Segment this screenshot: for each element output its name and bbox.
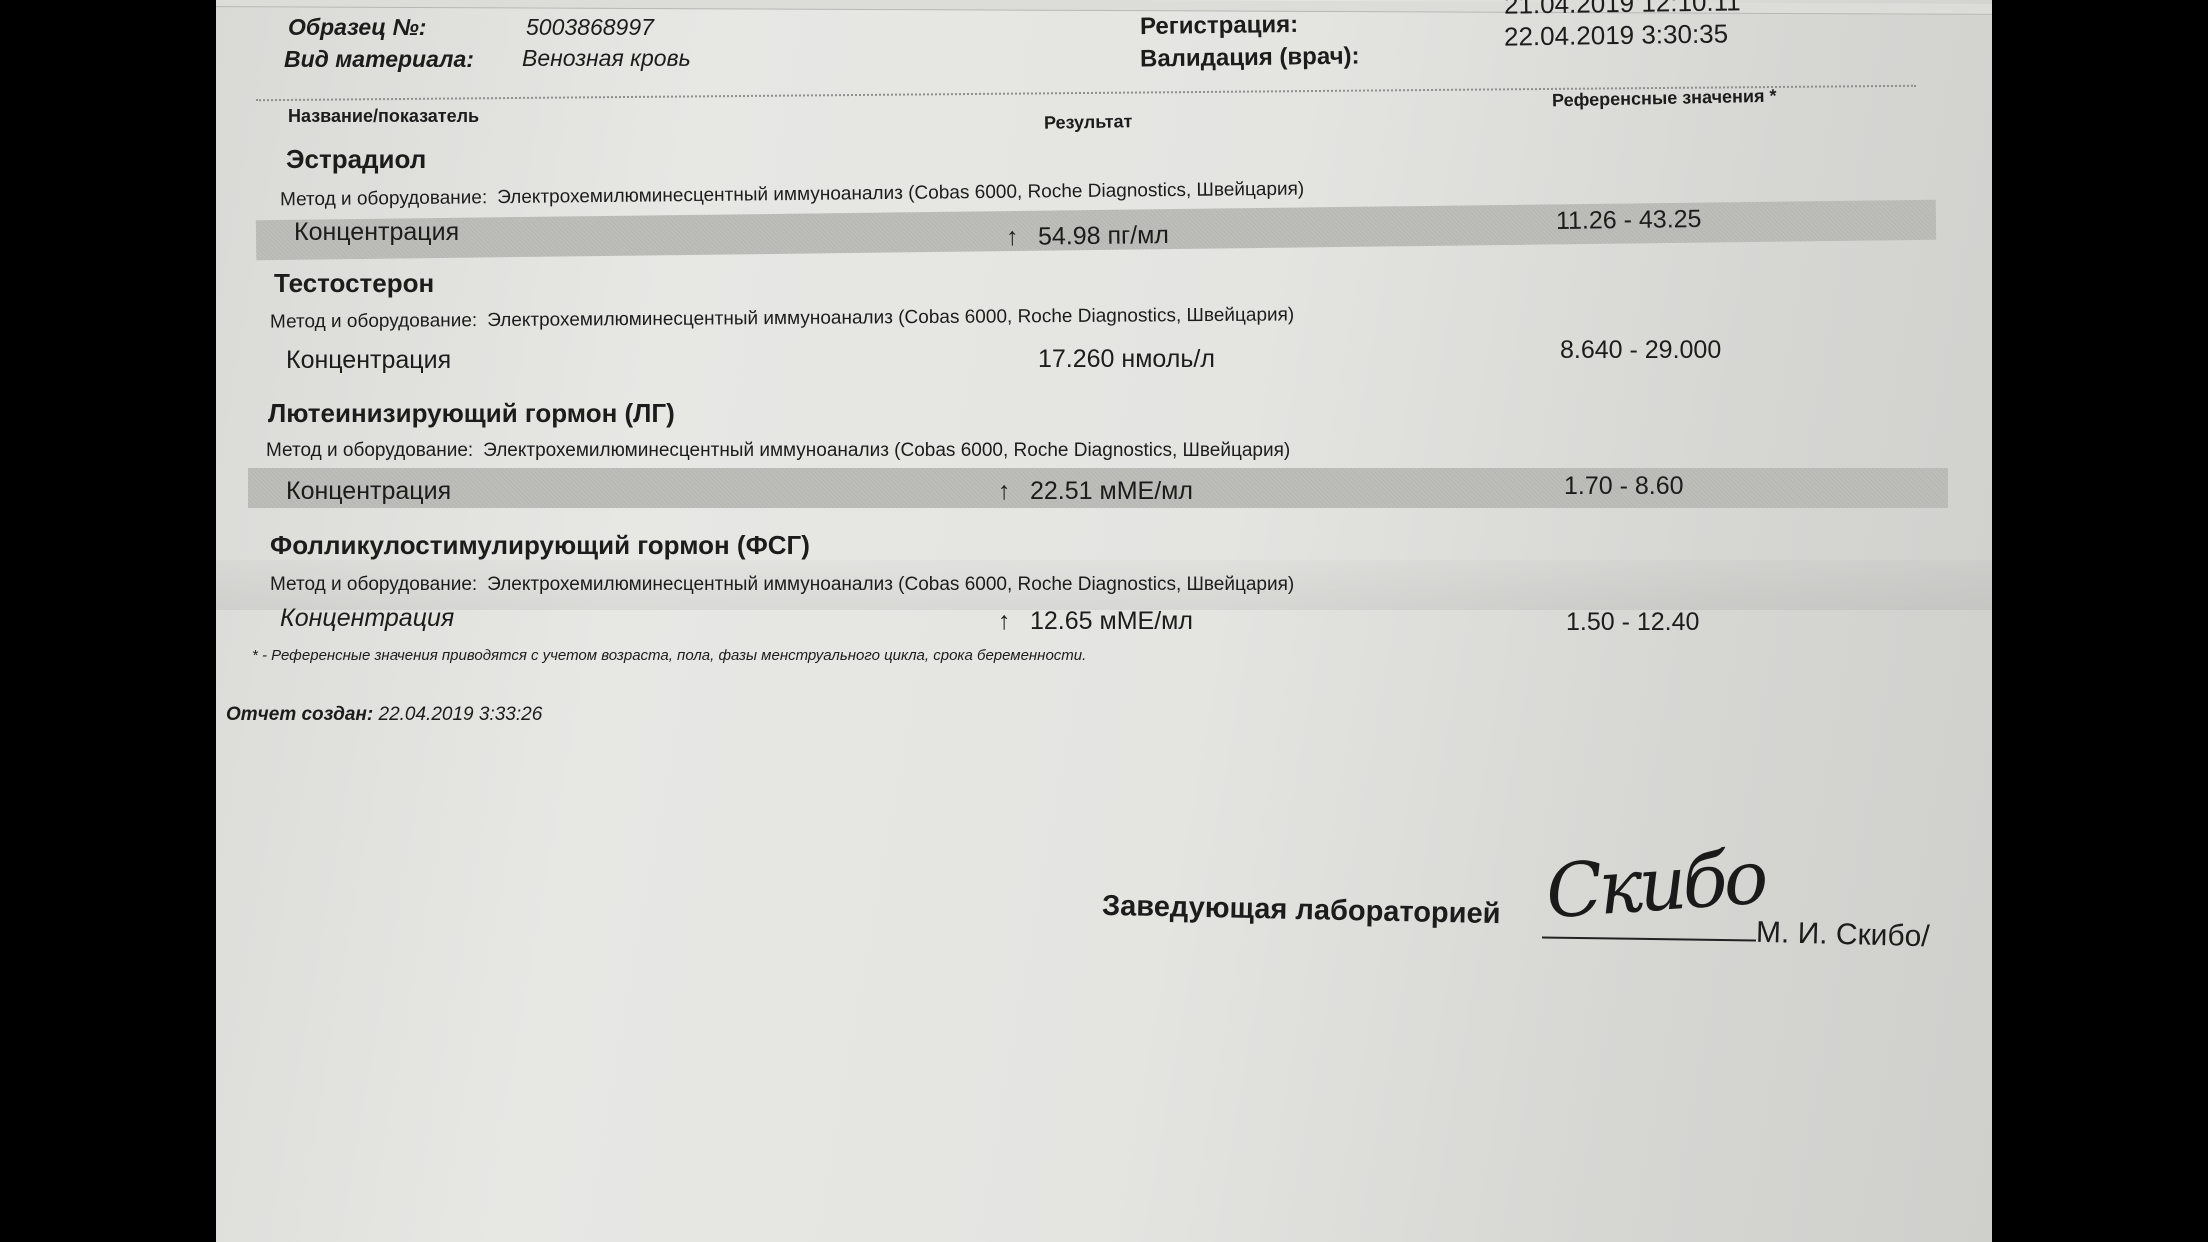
registration-value: 21.04.2019 12:10:11 [1504, 0, 1741, 21]
validation-label: Валидация (врач): [1140, 42, 1360, 73]
column-header-name: Название/показатель [288, 106, 479, 127]
registration-label: Регистрация: [1140, 11, 1299, 41]
result-text: 54.98 пг/мл [1038, 221, 1169, 251]
signatory-name: М. И. Скибо/ [1756, 916, 1930, 955]
material-label: Вид материала: [284, 46, 474, 73]
arrow-up-icon: ↑ [1006, 223, 1028, 252]
method-value: Электрохемилюминесцентный иммуноанализ (… [487, 574, 1294, 595]
arrow-up-icon: ↑ [998, 607, 1020, 636]
param-name: Концентрация [286, 477, 451, 506]
test-method: Метод и оборудование:Электрохемилюминесц… [266, 440, 1290, 462]
result-value: 17.260 нмоль/л [1038, 345, 1215, 374]
test-method: Метод и оборудование:Электрохемилюминесц… [270, 574, 1294, 596]
report-created: Отчет создан: 22.04.2019 3:33:26 [226, 704, 542, 726]
reference-range: 8.640 - 29.000 [1560, 336, 1721, 365]
param-name: Концентрация [286, 346, 451, 375]
reference-footnote: * - Референсные значения приводятся с уч… [252, 647, 1086, 664]
result-value: ↑22.51 мМЕ/мл [998, 477, 1193, 506]
test-title: Лютеинизирующий гормон (ЛГ) [268, 398, 675, 429]
test-method: Метод и оборудование:Электрохемилюминесц… [280, 179, 1304, 212]
sample-value: 5003868997 [526, 14, 654, 41]
reference-range: 1.70 - 8.60 [1564, 472, 1684, 501]
material-value: Венозная кровь [522, 45, 691, 72]
result-text: 22.51 мМЕ/мл [1030, 477, 1193, 505]
result-text: 17.260 нмоль/л [1038, 345, 1215, 373]
reference-range: 1.50 - 12.40 [1566, 608, 1699, 637]
method-label: Метод и оборудование: [280, 187, 487, 210]
param-name: Концентрация [280, 604, 454, 633]
result-text: 12.65 мМЕ/мл [1030, 607, 1193, 635]
method-label: Метод и оборудование: [270, 310, 477, 332]
test-title: Эстрадиол [286, 144, 426, 175]
method-label: Метод и оборудование: [270, 574, 477, 595]
column-header-result: Результат [1044, 111, 1133, 134]
param-name: Концентрация [294, 218, 459, 247]
method-label: Метод и оборудование: [266, 440, 473, 461]
test-title: Фолликулостимулирующий гормон (ФСГ) [270, 530, 810, 561]
signature-role: Заведующая лабораторией [1102, 890, 1501, 931]
created-label: Отчет создан: [226, 704, 373, 725]
arrow-up-icon: ↑ [998, 477, 1020, 506]
test-title: Тестостерон [274, 268, 434, 299]
handwritten-signature: Скибо [1543, 834, 1767, 935]
result-value: ↑12.65 мМЕ/мл [998, 607, 1193, 636]
signature-line [1542, 937, 1756, 942]
result-value: ↑54.98 пг/мл [1006, 221, 1169, 252]
lab-report-page: Образец №: 5003868997 Вид материала: Вен… [216, 0, 1992, 1242]
validation-value: 22.04.2019 3:30:35 [1504, 18, 1729, 52]
column-header-reference: Референсные значения * [1552, 86, 1777, 112]
sample-label: Образец №: [288, 14, 426, 41]
method-value: Электрохемилюминесцентный иммуноанализ (… [487, 304, 1294, 331]
reference-range: 11.26 - 43.25 [1556, 205, 1702, 236]
method-value: Электрохемилюминесцентный иммуноанализ (… [483, 440, 1290, 461]
created-value: 22.04.2019 3:33:26 [379, 704, 543, 725]
test-method: Метод и оборудование:Электрохемилюминесц… [270, 304, 1294, 333]
method-value: Электрохемилюминесцентный иммуноанализ (… [497, 179, 1304, 208]
